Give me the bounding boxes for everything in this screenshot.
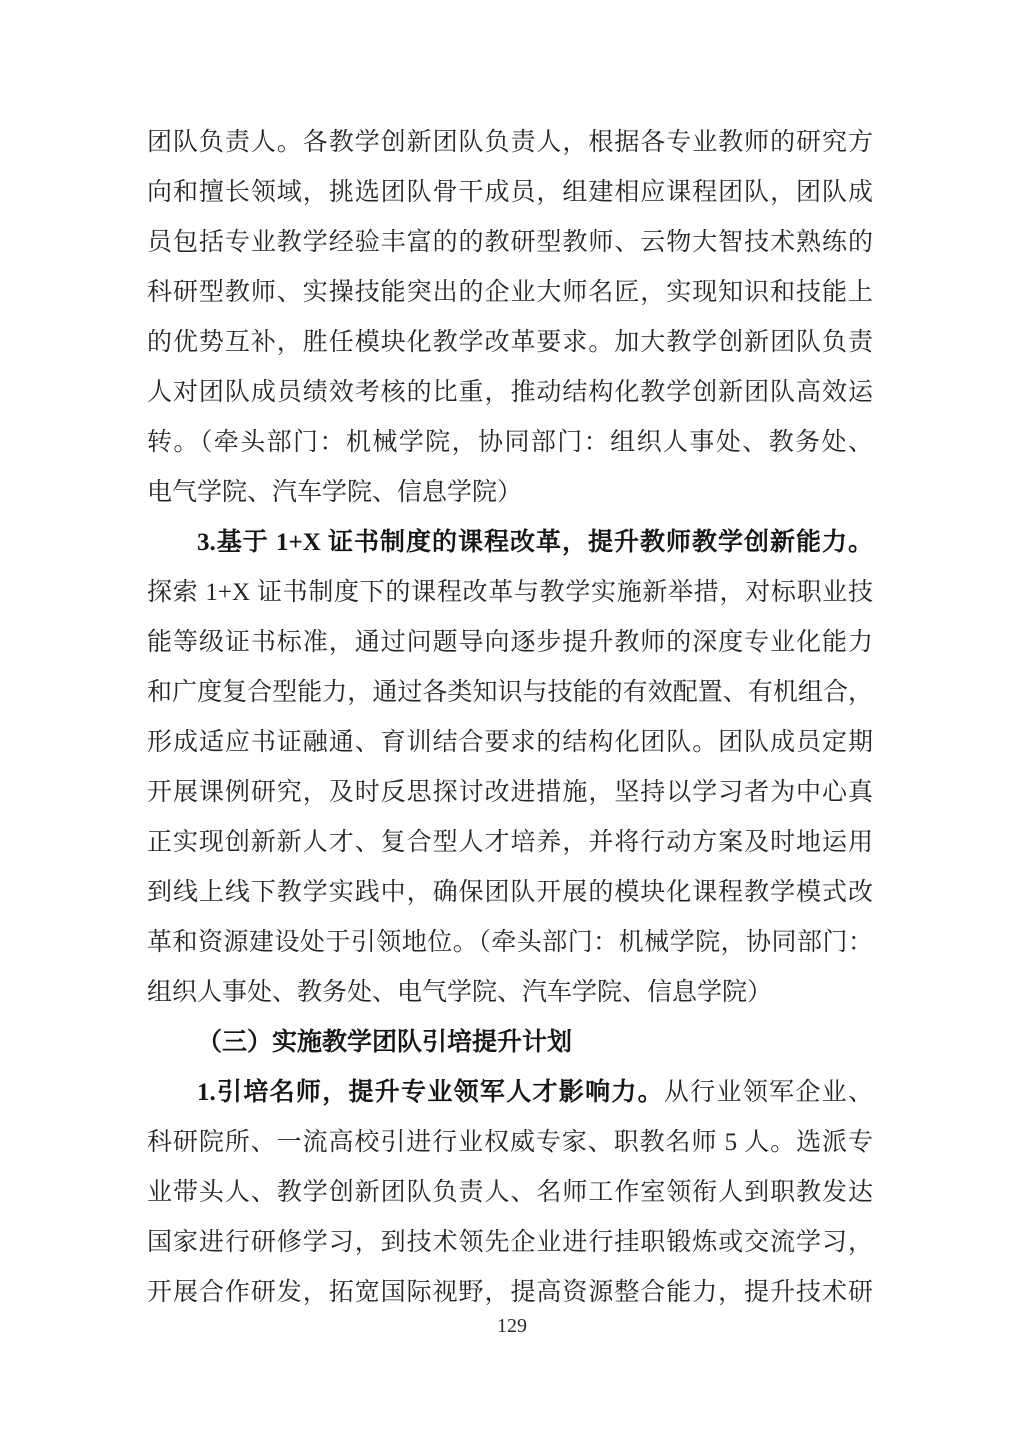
text-line: 探索 1+X 证书制度下的课程改革与教学实施新举措，对标职业技 <box>147 568 873 618</box>
heading-text: （三）实施教学团队引培提升计划 <box>197 1029 572 1056</box>
heading-text: 3.基于 1+X 证书制度的课程改革，提升教师教学创新能力。 <box>197 529 873 556</box>
text-line: 开展合作研发，拓宽国际视野，提高资源整合能力，提升技术研 <box>147 1268 873 1318</box>
body-text: 从行业领军企业、 <box>664 1079 873 1106</box>
body-text: 团队负责人。各教学创新团队负责人，根据各专业教师的研究方 <box>147 129 873 156</box>
body-text: 科研院所、一流高校引进行业权威专家、职教名师 5 人。选派专 <box>147 1129 873 1156</box>
text-line: 开展课例研究，及时反思探讨改进措施，坚持以学习者为中心真 <box>147 768 873 818</box>
body-text: 转。（牵头部门：机械学院，协同部门：组织人事处、教务处、 <box>147 429 873 456</box>
body-text: 人对团队成员绩效考核的比重，推动结构化教学创新团队高效运 <box>147 379 873 406</box>
text-line: 能等级证书标准，通过问题导向逐步提升教师的深度专业化能力 <box>147 618 873 668</box>
text-line: 业带头人、教学创新团队负责人、名师工作室领衔人到职教发达 <box>147 1168 873 1218</box>
body-text: 形成适应书证融通、育训结合要求的结构化团队。团队成员定期 <box>147 729 873 756</box>
document-body: 团队负责人。各教学创新团队负责人，根据各专业教师的研究方向和擅长领域，挑选团队骨… <box>147 118 873 1318</box>
body-text: 国家进行研修学习，到技术领先企业进行挂职锻炼或交流学习， <box>147 1229 873 1256</box>
body-text: 革和资源建设处于引领地位。（牵头部门：机械学院，协同部门： <box>147 929 873 956</box>
body-text: 向和擅长领域，挑选团队骨干成员，组建相应课程团队，团队成 <box>147 179 873 206</box>
text-line: 转。（牵头部门：机械学院，协同部门：组织人事处、教务处、 <box>147 418 873 468</box>
page-number: 129 <box>497 1315 527 1337</box>
text-line: 员包括专业教学经验丰富的的教研型教师、云物大智技术熟练的 <box>147 218 873 268</box>
body-text: 的优势互补，胜任模块化教学改革要求。加大教学创新团队负责 <box>147 329 873 356</box>
body-text: 组织人事处、教务处、电气学院、汽车学院、信息学院） <box>147 979 772 1006</box>
text-line: 人对团队成员绩效考核的比重，推动结构化教学创新团队高效运 <box>147 368 873 418</box>
body-text: 开展合作研发，拓宽国际视野，提高资源整合能力，提升技术研 <box>147 1279 873 1306</box>
body-text: 和广度复合型能力，通过各类知识与技能的有效配置、有机组合， <box>147 679 873 706</box>
text-line: （三）实施教学团队引培提升计划 <box>147 1018 873 1068</box>
text-line: 革和资源建设处于引领地位。（牵头部门：机械学院，协同部门： <box>147 918 873 968</box>
text-line: 正实现创新新人才、复合型人才培养，并将行动方案及时地运用 <box>147 818 873 868</box>
body-text: 业带头人、教学创新团队负责人、名师工作室领衔人到职教发达 <box>147 1179 873 1206</box>
text-line: 科研型教师、实操技能突出的企业大师名匠，实现知识和技能上 <box>147 268 873 318</box>
text-line: 科研院所、一流高校引进行业权威专家、职教名师 5 人。选派专 <box>147 1118 873 1168</box>
body-text: 到线上线下教学实践中，确保团队开展的模块化课程教学模式改 <box>147 879 873 906</box>
text-line: 向和擅长领域，挑选团队骨干成员，组建相应课程团队，团队成 <box>147 168 873 218</box>
body-text: 开展课例研究，及时反思探讨改进措施，坚持以学习者为中心真 <box>147 779 873 806</box>
body-text: 探索 1+X 证书制度下的课程改革与教学实施新举措，对标职业技 <box>147 579 873 606</box>
body-text: 正实现创新新人才、复合型人才培养，并将行动方案及时地运用 <box>147 829 873 856</box>
text-line: 组织人事处、教务处、电气学院、汽车学院、信息学院） <box>147 968 873 1018</box>
text-line: 和广度复合型能力，通过各类知识与技能的有效配置、有机组合， <box>147 668 873 718</box>
body-text: 电气学院、汽车学院、信息学院） <box>147 479 522 506</box>
text-line: 形成适应书证融通、育训结合要求的结构化团队。团队成员定期 <box>147 718 873 768</box>
text-line: 3.基于 1+X 证书制度的课程改革，提升教师教学创新能力。 <box>147 518 873 568</box>
body-text: 员包括专业教学经验丰富的的教研型教师、云物大智技术熟练的 <box>147 229 873 256</box>
text-line: 到线上线下教学实践中，确保团队开展的模块化课程教学模式改 <box>147 868 873 918</box>
text-line: 1.引培名师，提升专业领军人才影响力。从行业领军企业、 <box>147 1068 873 1118</box>
body-text: 科研型教师、实操技能突出的企业大师名匠，实现知识和技能上 <box>147 279 873 306</box>
page-footer: 129 <box>0 1312 1024 1340</box>
document-page: 团队负责人。各教学创新团队负责人，根据各专业教师的研究方向和擅长领域，挑选团队骨… <box>0 0 1024 1448</box>
text-line: 国家进行研修学习，到技术领先企业进行挂职锻炼或交流学习， <box>147 1218 873 1268</box>
body-text: 能等级证书标准，通过问题导向逐步提升教师的深度专业化能力 <box>147 629 873 656</box>
text-line: 电气学院、汽车学院、信息学院） <box>147 468 873 518</box>
text-line: 团队负责人。各教学创新团队负责人，根据各专业教师的研究方 <box>147 118 873 168</box>
heading-text: 1.引培名师，提升专业领军人才影响力。 <box>197 1079 664 1106</box>
text-line: 的优势互补，胜任模块化教学改革要求。加大教学创新团队负责 <box>147 318 873 368</box>
